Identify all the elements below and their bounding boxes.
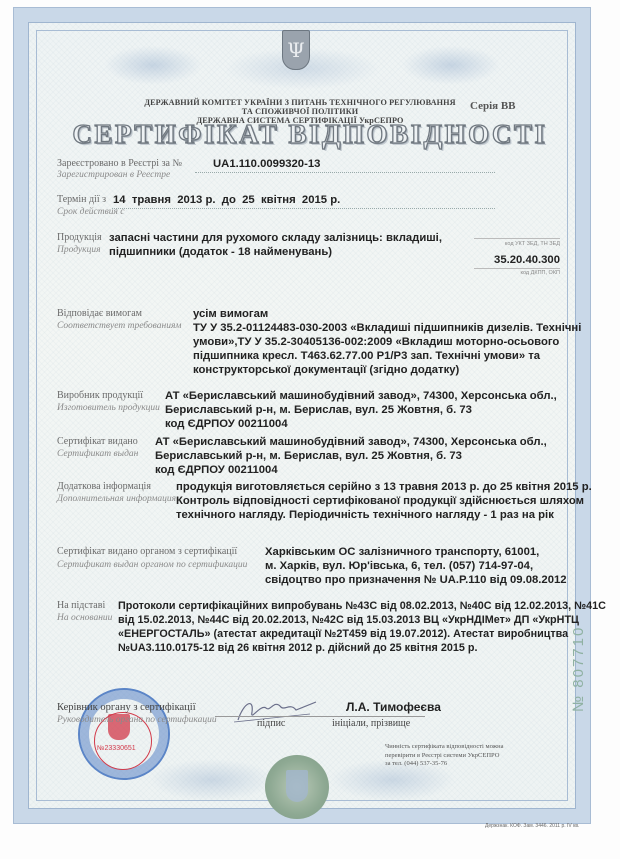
basis-line-3: «ЕНЕРГОСТАЛЬ» (атестат акредитації №2Т45… (118, 627, 568, 641)
issued-to-line-1: АТ «Бериславський машинобудівний завод»,… (155, 435, 547, 449)
name-caption: ініціали, прізвище (332, 718, 410, 729)
issuing-body-line-2: м. Харків, вул. Юр'івська, 6, тел. (057)… (265, 559, 533, 573)
requirements-line-4: підшипника кресл. Т463.62.77.00 Р1/Р3 за… (193, 349, 540, 363)
validity-period: 14 травня 2013 р. до 25 квітня 2015 р. (113, 193, 340, 207)
requirements-label-ru: Соответствует требованиям (57, 321, 181, 331)
manufacturer-line-3: код ЄДРПОУ 00211004 (165, 417, 288, 431)
requirements-line-3: умови»,ТУ У 35.2-30405136-002:2009 «Вкла… (193, 335, 559, 349)
verification-note-line-3: за тел. (044) 537-35-76 (385, 760, 504, 769)
certificate-title: СЕРТИФІКАТ ВІДПОВІДНОСТІ (0, 119, 620, 150)
requirements-line-2: ТУ У 35.2-01124483-030-2003 «Вкладиші пі… (193, 321, 581, 335)
product-code: 35.20.40.300 (478, 253, 560, 267)
registered-underline (195, 172, 495, 173)
product-line-1: запасні частини для рухомого складу залі… (109, 231, 442, 245)
manufacturer-label: Виробник продукції (57, 390, 143, 401)
registration-number: UA1.110.0099320-13 (213, 157, 320, 171)
basis-line-4: №UA3.110.0175-12 від 26 квітня 2012 р. д… (118, 641, 477, 655)
additional-line-1: продукція виготовляється серійно з 13 тр… (176, 480, 592, 494)
verification-note: Чинність сертифіката відповідності можна… (385, 743, 504, 769)
product-label-ru: Продукция (57, 245, 101, 255)
issuing-body-label: Сертифікат видано органом з сертифікації (57, 546, 237, 557)
issuing-body-line-1: Харківським ОС залізничного транспорту, … (265, 545, 539, 559)
registered-label-ru: Зарегистрирован в Реестре (57, 170, 170, 180)
additional-line-3: технічного нагляду. Періодичність техніч… (176, 508, 554, 522)
seal-trident-icon (286, 770, 308, 802)
header-line-2: ТА СПОЖИВЧОЇ ПОЛІТИКИ (90, 107, 510, 116)
additional-label: Додаткова інформація (57, 481, 151, 492)
product-label: Продукція (57, 232, 102, 243)
signature-line (215, 716, 425, 717)
issued-to-label-ru: Сертификат выдан (57, 449, 138, 459)
signature-caption: підпис (257, 718, 285, 729)
header-line-1: ДЕРЖАВНИЙ КОМІТЕТ УКРАЇНИ З ПИТАНЬ ТЕХНІ… (90, 98, 510, 107)
signatory-label-ru: Руководитель органа по сертификации (57, 715, 217, 725)
verification-note-line-2: перевірити в Реєстрі системи УкрСЕПРО (385, 752, 504, 761)
validity-label: Термін дії з (57, 194, 106, 205)
additional-label-ru: Дополнительная информация (57, 494, 176, 504)
requirements-label: Відповідає вимогам (57, 308, 142, 319)
series: Серія ВВ (470, 100, 516, 112)
verification-note-line-1: Чинність сертифіката відповідності можна (385, 743, 504, 752)
basis-label: На підставі (57, 600, 105, 611)
issuing-body-label-ru: Сертификат выдан органом по сертификации (57, 560, 247, 570)
requirements-line-1: усім вимогам (193, 307, 268, 321)
signatory-label: Керівник органу з сертифікації (57, 702, 196, 713)
code-top-label: код УКТ ЗЕД, ТН ЗЕД (475, 241, 560, 247)
signatory-name: Л.А. Тимофеєва (346, 700, 441, 714)
registered-label: Зареєстровано в Реєстрі за № (57, 158, 182, 169)
basis-line-2: від 15.02.2013, №44С від 20.02.2013, №42… (118, 613, 579, 627)
print-info: Держзнак. КОФ. Зам. 3446. 2011 р. IV кв. (485, 823, 579, 829)
serial-number: № 807710 (570, 626, 587, 712)
issued-to-line-3: код ЄДРПОУ 00211004 (155, 463, 278, 477)
issuing-body-line-3: свідоцтво про призначення № UA.P.110 від… (265, 573, 567, 587)
manufacturer-label-ru: Изготовитель продукции (57, 403, 160, 413)
manufacturer-line-1: АТ «Бериславський машинобудівний завод»,… (165, 389, 557, 403)
stamp-number: №23330651 (97, 745, 136, 752)
manufacturer-line-2: Бериславський р-н, м. Берислав, вул. 25 … (165, 403, 472, 417)
product-line-2: підшипники (додаток - 18 найменувань) (109, 245, 332, 259)
trident-icon: Ψ (282, 30, 310, 70)
additional-line-2: Контроль відповідності сертифікованої пр… (176, 494, 584, 508)
code-bottom-label: код ДКПП, ОКП (475, 270, 560, 276)
code-bottom-line (474, 268, 560, 269)
code-top-line (474, 238, 560, 239)
basis-line-1: Протоколи сертифікаційних випробувань №4… (118, 599, 606, 613)
validity-underline (112, 208, 495, 209)
basis-label-ru: На основании (57, 613, 112, 623)
requirements-line-5: конструкторської документації (згідно до… (193, 363, 459, 377)
issued-to-label: Сертифікат видано (57, 436, 138, 447)
issued-to-line-2: Бериславський р-н, м. Берислав, вул. 25 … (155, 449, 462, 463)
